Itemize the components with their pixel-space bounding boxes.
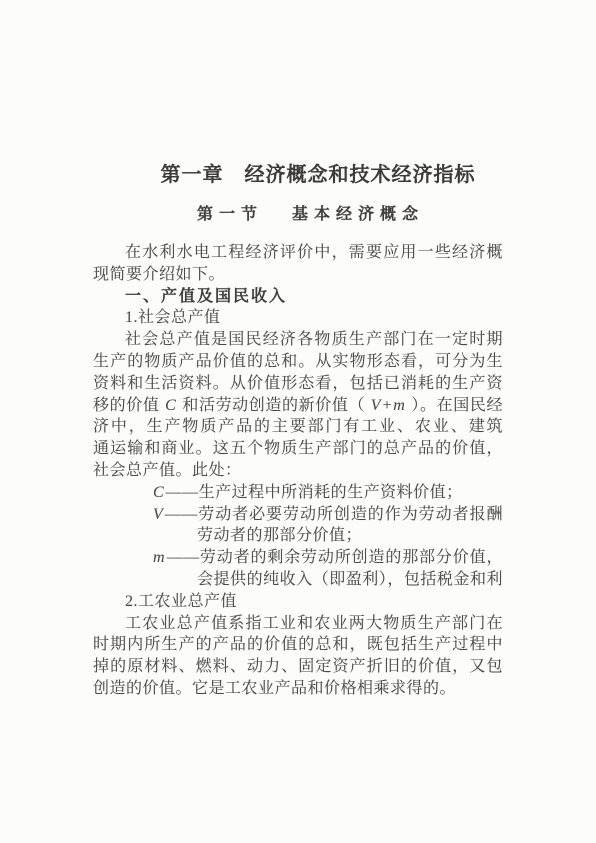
text-segment: 生产的物质产品价值的总和。从实物形态看，可分为生产 (93, 353, 503, 373)
math-variable: C (164, 397, 178, 414)
section-title: 第 一 节 基 本 经 济 概 念 (10, 201, 596, 224)
text-line: 掉的原材料、燃料、动力、固定资产折旧的价值，又包括新 (93, 656, 503, 678)
text-line: 资料和生活资料。从价值形态看，包括已消耗的生产资料转 (93, 373, 503, 395)
text-segment: ——劳动者的剩余劳动所创造的那部分价值，是向社 (152, 549, 503, 569)
text-segment: 通运输和商业。这五个物质生产部门的总产品的价值，就是 (93, 440, 503, 460)
text-segment: 创造的价值。它是工农业产品和价格相乘求得的。 (93, 680, 456, 697)
body-text: 在水利水电工程经济评价中，需要应用一些经济概念，现简要介绍如下。一、产值及国民收… (93, 242, 503, 700)
text-segment: ）。在国民经 (407, 397, 503, 414)
text-segment: 工农业总产值系指工业和农业两大物质生产部门在一定 (125, 615, 503, 635)
text-segment: 时期内所生产的产品的价值的总和，既包括生产过程中消耗 (93, 636, 503, 656)
chapter-title: 第一章 经济概念和技术经济指标 (20, 158, 596, 187)
text-line: 现简要介绍如下。 (93, 264, 503, 286)
text-line: 1.社会总产值 (93, 307, 503, 329)
text-line: 工农业总产值系指工业和农业两大物质生产部门在一定 (93, 613, 503, 635)
text-line: C——生产过程中所消耗的生产资料价值； (93, 482, 503, 504)
text-line: 时期内所生产的产品的价值的总和，既包括生产过程中消耗 (93, 634, 503, 656)
text-segment: 济中，生产物质产品的主要部门有工业、农业、建筑业、交 (93, 418, 503, 438)
text-line: 在水利水电工程经济评价中，需要应用一些经济概念， (93, 242, 503, 264)
text-segment: ——劳动者必要劳动所创造的作为劳动者报酬分配给 (152, 506, 503, 526)
text-segment: 移的价值 (93, 397, 164, 414)
text-segment: 社会总产值。此处： (93, 462, 242, 479)
text-segment: 2.工农业总产值 (125, 593, 237, 610)
text-segment: 1.社会总产值 (125, 309, 221, 326)
text-line: 会提供的纯收入（即盈利），包括税金和利润。 (93, 569, 503, 591)
text-segment: 劳动者的那部分价值； (197, 527, 362, 544)
text-segment: 社会总产值是国民经济各物质生产部门在一定时期内所 (125, 331, 503, 351)
text-line: 通运输和商业。这五个物质生产部门的总产品的价值，就是 (93, 438, 503, 460)
text-line: 济中，生产物质产品的主要部门有工业、农业、建筑业、交 (93, 416, 503, 438)
text-line: 创造的价值。它是工农业产品和价格相乘求得的。 (93, 678, 503, 700)
text-line: 生产的物质产品价值的总和。从实物形态看，可分为生产 (93, 351, 503, 373)
text-line: 劳动者的那部分价值； (93, 525, 503, 547)
text-segment: 资料和生活资料。从价值形态看，包括已消耗的生产资料转 (93, 375, 503, 395)
text-line: m——劳动者的剩余劳动所创造的那部分价值，是向社 (93, 547, 503, 569)
text-line: 移的价值 C 和活劳动创造的新价值（ V+m ）。在国民经 (93, 395, 503, 417)
text-line: 一、产值及国民收入 (93, 286, 503, 308)
text-segment: 会提供的纯收入（即盈利），包括税金和利润。 (197, 571, 503, 591)
text-line: 社会总产值是国民经济各物质生产部门在一定时期内所 (93, 329, 503, 351)
text-line: V——劳动者必要劳动所创造的作为劳动者报酬分配给 (93, 504, 503, 526)
text-segment: 一、产值及国民收入 (125, 288, 287, 305)
text-segment: 掉的原材料、燃料、动力、固定资产折旧的价值，又包括新 (93, 658, 503, 678)
text-line: 社会总产值。此处： (93, 460, 503, 482)
text-segment: 现简要介绍如下。 (93, 266, 225, 283)
scanned-book-page: 第一章 经济概念和技术经济指标 第 一 节 基 本 经 济 概 念 在水利水电工… (0, 0, 596, 843)
math-variable: V+m (370, 397, 407, 414)
text-segment: ——生产过程中所消耗的生产资料价值； (166, 484, 463, 501)
math-variable: V (152, 506, 165, 523)
text-segment: 和活劳动创造的新价值（ (178, 397, 370, 414)
text-segment: 在水利水电工程经济评价中，需要应用一些经济概念， (125, 244, 503, 264)
text-line: 2.工农业总产值 (93, 591, 503, 613)
math-variable: m (152, 549, 167, 566)
math-variable: C (152, 484, 166, 501)
